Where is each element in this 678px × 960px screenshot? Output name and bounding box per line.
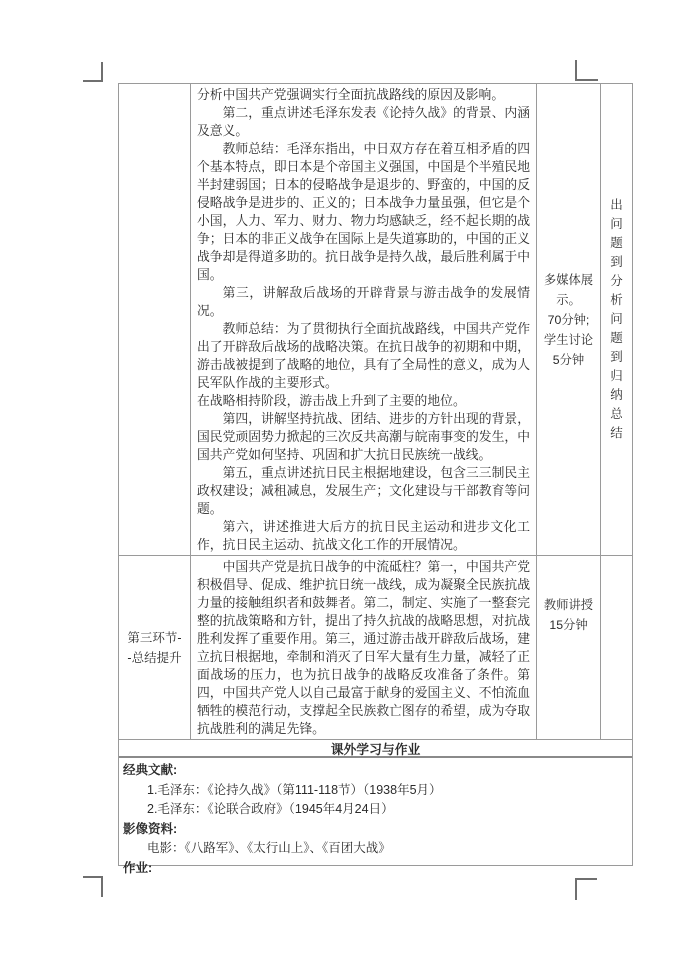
reference-item: 2.毛泽东：《论联合政府》（1945年4月24日） <box>123 800 626 820</box>
stage-label-cell-empty <box>119 84 191 555</box>
summary-content-cell: 中国共产党是抗日战争的中流砥柱？第一，中国共产党积极倡导、促成、维护抗日统一战线… <box>191 556 537 739</box>
media-item: 电影：《八路军》、《太行山上》、《百团大战》 <box>123 839 626 859</box>
teaching-method-text: 教师讲授 15分钟 <box>537 595 600 635</box>
content-paragraph: 分析中国共产党强调实行全面抗战路线的原因及影响。 <box>197 86 530 104</box>
design-intent-cell: 出问题到分析问题到归纳总结 <box>601 84 632 555</box>
media-materials-label: 影像资料: <box>123 820 626 840</box>
design-intent-vertical-text: 出问题到分析问题到归纳总结 <box>610 196 624 443</box>
homework-label: 作业: <box>123 859 626 879</box>
content-paragraph: 在战略相持阶段，游击战上升到了主要的地位。 <box>197 392 530 410</box>
classic-literature-label: 经典文献: <box>123 761 626 781</box>
table-row-summary-stage: 第三环节- -总结提升 中国共产党是抗日战争的中流砥柱？第一，中国共产党积极倡导… <box>119 556 632 740</box>
table-row-homework-content: 经典文献: 1.毛泽东：《论持久战》（第111-118节）（1938年5月） 2… <box>119 758 632 865</box>
content-paragraph: 第五，重点讲述抗日民主根据地建设，包含三三制民主政权建设；减租减息，发展生产；文… <box>197 464 530 518</box>
table-row-teaching-content: 分析中国共产党强调实行全面抗战路线的原因及影响。 第二，重点讲述毛泽东发表《论持… <box>119 84 632 556</box>
table-row-homework-header: 课外学习与作业 <box>119 740 632 758</box>
content-paragraph: 教师总结：为了贯彻执行全面抗战路线，中国共产党作出了开辟敌后战场的战略决策。在抗… <box>197 320 530 392</box>
teaching-content-cell: 分析中国共产党强调实行全面抗战路线的原因及影响。 第二，重点讲述毛泽东发表《论持… <box>191 84 537 555</box>
content-paragraph: 第六，讲述推进大后方的抗日民主运动和进步文化工作，抗日民主运动、抗战文化工作的开… <box>197 518 530 554</box>
stage-label-cell: 第三环节- -总结提升 <box>119 556 191 739</box>
crop-mark-top-right <box>575 60 598 81</box>
reference-item: 1.毛泽东：《论持久战》（第111-118节）（1938年5月） <box>123 781 626 801</box>
teaching-method-text: 多媒体展示。 70分钟; 学生讨论 5分钟 <box>537 270 600 370</box>
teaching-method-cell: 多媒体展示。 70分钟; 学生讨论 5分钟 <box>537 84 601 555</box>
content-paragraph: 第三，讲解敌后战场的开辟背景与游击战争的发展情况。 <box>197 284 530 320</box>
crop-mark-top-left <box>83 62 103 82</box>
homework-section-title: 课外学习与作业 <box>119 740 632 756</box>
lesson-plan-table: 分析中国共产党强调实行全面抗战路线的原因及影响。 第二，重点讲述毛泽东发表《论持… <box>118 83 633 866</box>
content-paragraph: 第四，讲解坚持抗战、团结、进步的方针出现的背景，国民党顽固势力掀起的三次反共高潮… <box>197 410 530 464</box>
crop-mark-bottom-left <box>83 876 103 897</box>
content-paragraph: 第二，重点讲述毛泽东发表《论持久战》的背景、内涵及意义。 <box>197 104 530 140</box>
content-paragraph: 教师总结：毛泽东指出，中日双方存在着互相矛盾的四个基本特点，即日本是个帝国主义强… <box>197 140 530 284</box>
teaching-method-cell: 教师讲授 15分钟 <box>537 556 601 739</box>
content-paragraph: 第七，重点讲述中国共产党的自身建设，马克思主义中国化命题的提出背景及重要成果--… <box>197 554 530 555</box>
crop-mark-bottom-right <box>575 878 597 900</box>
document-page: 分析中国共产党强调实行全面抗战路线的原因及影响。 第二，重点讲述毛泽东发表《论持… <box>0 0 678 960</box>
content-paragraph: 中国共产党是抗日战争的中流砥柱？第一，中国共产党积极倡导、促成、维护抗日统一战线… <box>197 558 530 738</box>
design-intent-cell-empty <box>601 556 632 739</box>
